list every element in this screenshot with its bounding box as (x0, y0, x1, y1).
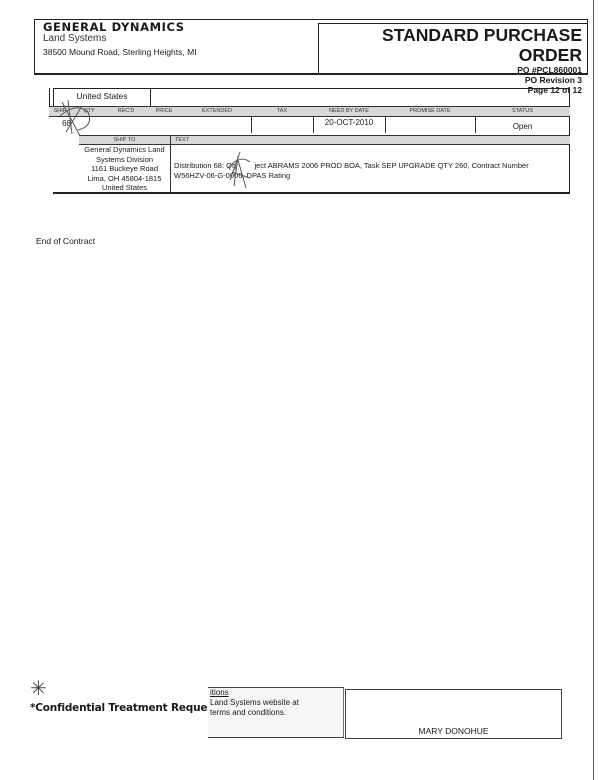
ship-to-line: Lima, OH 45804-1815 (79, 174, 170, 184)
col-promise-date: PROMISE DATE (385, 107, 475, 116)
ship-to-line: 1161 Buckeye Road (79, 164, 170, 174)
asterisk-mark-icon: ✳ (30, 676, 47, 701)
divider (251, 116, 252, 133)
company-division: Land Systems (43, 33, 197, 44)
end-of-contract-note: End of Contract (36, 236, 95, 246)
po-revision: PO Revision 3 (319, 75, 582, 85)
divider (475, 116, 476, 133)
redaction-scribble-icon (58, 96, 98, 140)
ship-to-address: General Dynamics Land Systems Division 1… (79, 145, 170, 193)
column-header-row: SHIP QTY REC'D PRICE EXTENDED TAX NEED B… (49, 106, 570, 117)
po-number: PO #PCL860001 (319, 65, 582, 75)
col-extended: EXTENDED (183, 107, 251, 116)
terms-line: terms and conditions. (210, 708, 343, 718)
company-address: 38500 Mound Road, Sterling Heights, MI (43, 47, 197, 57)
col-need-by-date: NEED BY DATE (313, 107, 385, 116)
sub-header-row: SHIP TO TEXT (79, 135, 570, 145)
document-header: GENERAL DYNAMICS Land Systems 38500 Moun… (34, 19, 588, 75)
company-name: GENERAL DYNAMICS (43, 21, 197, 33)
divider (313, 116, 314, 133)
signer-name: MARY DONOHUE (346, 726, 561, 736)
ship-to-line: Systems Division (79, 155, 170, 165)
page-edge (593, 0, 594, 780)
status-value: Open (475, 117, 570, 137)
col-recd: REC'D (107, 107, 145, 116)
col-text: TEXT (175, 136, 189, 144)
terms-box: itions Land Systems website at terms and… (208, 687, 344, 738)
col-tax: TAX (251, 107, 313, 116)
col-status: STATUS (475, 107, 570, 116)
confidential-notice: *Confidential Treatment Requested (30, 702, 232, 714)
ship-to-line: General Dynamics Land (79, 145, 170, 155)
col-price: PRICE (145, 107, 183, 116)
document-title: STANDARD PURCHASE ORDER (319, 25, 582, 65)
terms-line: Land Systems website at (210, 698, 343, 708)
divider (385, 116, 386, 133)
redaction-scribble-icon (226, 150, 254, 190)
signature-box: MARY DONOHUE (345, 689, 562, 739)
table-left-rule (49, 88, 50, 106)
terms-heading: itions (210, 688, 343, 698)
ship-to-line: United States (79, 183, 170, 193)
divider (170, 135, 171, 193)
company-block: GENERAL DYNAMICS Land Systems 38500 Moun… (43, 21, 197, 57)
line-item-table: United States SHIP QTY REC'D PRICE EXTEN… (53, 88, 570, 194)
need-by-date-value: 20-OCT-2010 (313, 117, 385, 129)
table-row: 68 20-OCT-2010 Open (49, 117, 570, 134)
title-box: STANDARD PURCHASE ORDER PO #PCL860001 PO… (318, 23, 588, 75)
